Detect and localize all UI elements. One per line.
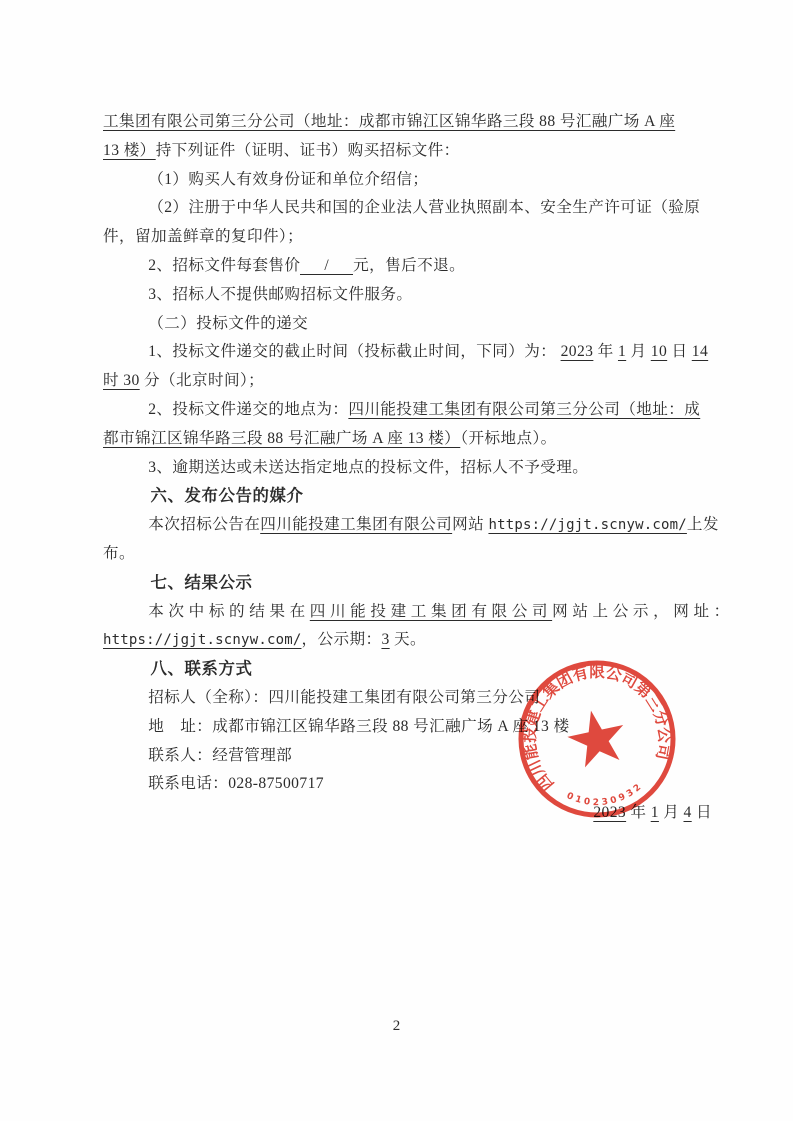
clause-submission-place-continued: 都市锦江区锦华路三段 88 号汇融广场 A 座 13 楼）（开标地点）。 bbox=[103, 425, 698, 454]
text-run: 元，售后不退。 bbox=[353, 257, 465, 274]
text-run: 天。 bbox=[390, 631, 426, 648]
paragraph-result-publicity: 本次中标的结果在四川能投建工集团有限公司网站上公示，网址： bbox=[103, 598, 698, 627]
section-heading-8: 八、联系方式 bbox=[103, 655, 698, 684]
list-item-2-continued: 件，留加盖鲜章的复印件）； bbox=[103, 223, 698, 252]
text-run: 日 bbox=[692, 804, 712, 821]
text-run: 布。 bbox=[103, 545, 135, 562]
date-month: 1 bbox=[651, 804, 659, 821]
underlined-text: 都市锦江区锦华路三段 88 号汇融广场 A 座 13 楼） bbox=[103, 430, 460, 447]
subsection-heading-submission: （二）投标文件的递交 bbox=[103, 310, 698, 339]
text-run: 本次招标公告在 bbox=[148, 516, 260, 533]
text-run: 持下列证件（证明、证书）购买招标文件： bbox=[156, 142, 460, 159]
date-year: 2023 bbox=[593, 804, 626, 821]
clause-price: 2、招标文件每套售价 / 元，售后不退。 bbox=[103, 252, 698, 281]
website-url: https://jgjt.scnyw.com/ bbox=[103, 632, 301, 648]
text-run: 件，留加盖鲜章的复印件）； bbox=[103, 228, 303, 245]
text-run: ，公示期： bbox=[301, 631, 381, 648]
text-run: （开标地点）。 bbox=[460, 430, 556, 447]
deadline-month: 1 bbox=[618, 343, 626, 360]
section-heading-6: 六、发布公告的媒介 bbox=[103, 482, 698, 511]
text-run: 月 bbox=[659, 804, 684, 821]
text-run: （2）注册于中华人民共和国的企业法人营业执照副本、安全生产许可证（验原 bbox=[148, 199, 700, 216]
document-page: 工集团有限公司第三分公司（地址：成都市锦江区锦华路三段 88 号汇融广场 A 座… bbox=[0, 0, 793, 1121]
clause-submission-place: 2、投标文件递交的地点为：四川能投建工集团有限公司第三分公司（地址：成 bbox=[103, 396, 698, 425]
publicity-days: 3 bbox=[381, 631, 389, 648]
text-run: （二）投标文件的递交 bbox=[148, 315, 308, 332]
contact-phone: 联系电话：028-87500717 bbox=[103, 770, 698, 799]
underlined-text: 工集团有限公司第三分公司（地址：成都市锦江区锦华路三段 88 号汇融广场 A 座 bbox=[103, 113, 675, 130]
paragraph-address-continued: 工集团有限公司第三分公司（地址：成都市锦江区锦华路三段 88 号汇融广场 A 座 bbox=[103, 108, 698, 137]
text-run: 上发 bbox=[687, 516, 719, 533]
clause-late-delivery: 3、逾期送达或未送达指定地点的投标文件，招标人不予受理。 bbox=[103, 454, 698, 483]
contact-address: 地 址：成都市锦江区锦华路三段 88 号汇融广场 A 座 13 楼 bbox=[103, 713, 698, 742]
text-run: 联系电话：028-87500717 bbox=[148, 775, 324, 792]
heading-text: 八、联系方式 bbox=[151, 659, 253, 678]
paragraph-certificates: 13 楼）持下列证件（证明、证书）购买招标文件： bbox=[103, 137, 698, 166]
fill-in-blank: / bbox=[300, 257, 353, 275]
clause-no-mail-order: 3、招标人不提供邮购招标文件服务。 bbox=[103, 281, 698, 310]
clause-deadline: 1、投标文件递交的截止时间（投标截止时间，下同）为： 2023 年 1 月 10… bbox=[103, 338, 698, 367]
heading-text: 七、结果公示 bbox=[151, 573, 253, 592]
deadline-minute: 时 30 bbox=[103, 372, 140, 389]
text-run: 2、招标文件每套售价 bbox=[148, 257, 300, 274]
page-number: 2 bbox=[0, 1018, 793, 1035]
deadline-day: 10 bbox=[651, 343, 667, 360]
paragraph-announcement-media: 本次招标公告在四川能投建工集团有限公司网站 https://jgjt.scnyw… bbox=[103, 511, 698, 540]
clause-deadline-continued: 时 30 分（北京时间）； bbox=[103, 367, 698, 396]
text-run: 招标人（全称）：四川能投建工集团有限公司第三分公司 bbox=[148, 689, 540, 706]
signature-date: 2023 年 1 月 4 日 bbox=[103, 799, 712, 828]
text-run: 联系人：经营管理部 bbox=[148, 747, 292, 764]
paragraph-result-url: https://jgjt.scnyw.com/，公示期：3 天。 bbox=[103, 626, 698, 655]
text-run: （1）购买人有效身份证和单位介绍信； bbox=[148, 171, 428, 188]
list-item-1: （1）购买人有效身份证和单位介绍信； bbox=[103, 166, 698, 195]
text-run: 网站上公示，网址： bbox=[552, 603, 734, 620]
contact-person: 联系人：经营管理部 bbox=[103, 742, 698, 771]
text-run: 本次中标的结果在 bbox=[148, 603, 310, 620]
page-body: 工集团有限公司第三分公司（地址：成都市锦江区锦华路三段 88 号汇融广场 A 座… bbox=[103, 108, 698, 828]
text-run: 地 址：成都市锦江区锦华路三段 88 号汇融广场 A 座 13 楼 bbox=[148, 718, 569, 735]
text-run: 3、招标人不提供邮购招标文件服务。 bbox=[148, 286, 412, 303]
deadline-year: 2023 bbox=[561, 343, 594, 360]
underlined-text: 四川能投建工集团有限公司第三分公司（地址：成 bbox=[348, 401, 700, 418]
text-run: 月 bbox=[626, 343, 651, 360]
text-run: 3、逾期送达或未送达指定地点的投标文件，招标人不予受理。 bbox=[148, 459, 588, 476]
date-day: 4 bbox=[684, 804, 692, 821]
text-run: 日 bbox=[667, 343, 692, 360]
list-item-2: （2）注册于中华人民共和国的企业法人营业执照副本、安全生产许可证（验原 bbox=[103, 194, 698, 223]
text-run: 年 bbox=[626, 804, 651, 821]
company-name: 四川能投建工集团有限公司 bbox=[310, 603, 552, 620]
text-run: 分（北京时间）； bbox=[140, 372, 264, 389]
text-run: 年 bbox=[593, 343, 618, 360]
company-name: 四川能投建工集团有限公司 bbox=[260, 516, 452, 533]
paragraph-announcement-continued: 布。 bbox=[103, 540, 698, 569]
text-run: 2、投标文件递交的地点为： bbox=[148, 401, 348, 418]
website-url: https://jgjt.scnyw.com/ bbox=[488, 517, 686, 533]
underlined-text: 13 楼） bbox=[103, 142, 156, 159]
section-heading-7: 七、结果公示 bbox=[103, 569, 698, 598]
deadline-hour: 14 bbox=[692, 343, 708, 360]
contact-tenderer: 招标人（全称）：四川能投建工集团有限公司第三分公司 bbox=[103, 684, 698, 713]
text-run: 1、投标文件递交的截止时间（投标截止时间，下同）为： bbox=[148, 343, 560, 360]
heading-text: 六、发布公告的媒介 bbox=[151, 486, 304, 505]
text-run: 网站 bbox=[452, 516, 488, 533]
